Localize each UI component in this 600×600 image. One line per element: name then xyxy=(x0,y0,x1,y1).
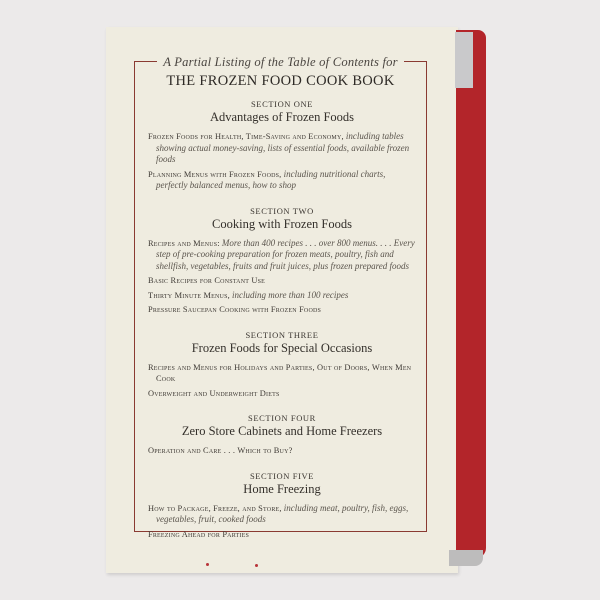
contents-entry: Recipes and Menus: More than 400 recipes… xyxy=(148,238,416,273)
contents-entry: Frozen Foods for Health, Time-Saving and… xyxy=(148,131,416,166)
contents-entry: Planning Menus with Frozen Foods, includ… xyxy=(148,169,416,192)
entry-heading: Thirty Minute Menus, xyxy=(148,291,230,300)
entry-heading: How to Package, Freeze, and Store, xyxy=(148,504,282,513)
cover-wear-mark xyxy=(255,564,258,567)
section-title: Advantages of Frozen Foods xyxy=(148,110,416,125)
section-title: Home Freezing xyxy=(148,482,416,497)
book-spine xyxy=(456,30,486,558)
cover-header-text: A Partial Listing of the Table of Conten… xyxy=(157,55,404,69)
contents-entry: Pressure Saucepan Cooking with Frozen Fo… xyxy=(148,304,416,316)
contents-entry: Recipes and Menus for Holidays and Parti… xyxy=(148,362,416,385)
entry-heading: Recipes and Menus: xyxy=(148,239,220,248)
section-title: Zero Store Cabinets and Home Freezers xyxy=(148,424,416,439)
section-label: SECTION TWO xyxy=(148,206,416,216)
contents-list: SECTION ONE Advantages of Frozen Foods F… xyxy=(148,99,416,554)
section-five: SECTION FIVE Home Freezing How to Packag… xyxy=(148,471,416,541)
section-label: SECTION THREE xyxy=(148,330,416,340)
entry-heading: Planning Menus with Frozen Foods, xyxy=(148,170,281,179)
contents-entry: Thirty Minute Menus, including more than… xyxy=(148,290,416,302)
entry-heading: Overweight and Underweight Diets xyxy=(148,389,279,398)
cover-wear-mark xyxy=(206,563,209,566)
section-title: Frozen Foods for Special Occasions xyxy=(148,341,416,356)
spine-bottom-worn-edge xyxy=(449,550,483,566)
entry-heading: Recipes and Menus for Holidays and Parti… xyxy=(148,363,411,384)
contents-entry: Overweight and Underweight Diets xyxy=(148,388,416,400)
section-label: SECTION ONE xyxy=(148,99,416,109)
entry-heading: Operation and Care . . . Which to Buy? xyxy=(148,446,293,455)
contents-entry: Operation and Care . . . Which to Buy? xyxy=(148,445,416,457)
section-two: SECTION TWO Cooking with Frozen Foods Re… xyxy=(148,206,416,316)
section-label: SECTION FOUR xyxy=(148,413,416,423)
entry-heading: Pressure Saucepan Cooking with Frozen Fo… xyxy=(148,305,321,314)
section-four: SECTION FOUR Zero Store Cabinets and Hom… xyxy=(148,413,416,457)
contents-entry: Freezing Ahead for Parties xyxy=(148,529,416,541)
section-three: SECTION THREE Frozen Foods for Special O… xyxy=(148,330,416,400)
entry-heading: Freezing Ahead for Parties xyxy=(148,530,249,539)
spine-top-worn-edge xyxy=(455,32,473,88)
entry-heading: Frozen Foods for Health, Time-Saving and… xyxy=(148,132,344,141)
book-title: THE FROZEN FOOD COOK BOOK xyxy=(134,73,427,90)
section-one: SECTION ONE Advantages of Frozen Foods F… xyxy=(148,99,416,192)
contents-entry: Basic Recipes for Constant Use xyxy=(148,275,416,287)
entry-heading: Basic Recipes for Constant Use xyxy=(148,276,265,285)
cover-header: A Partial Listing of the Table of Conten… xyxy=(134,53,427,71)
section-label: SECTION FIVE xyxy=(148,471,416,481)
section-title: Cooking with Frozen Foods xyxy=(148,217,416,232)
contents-entry: How to Package, Freeze, and Store, inclu… xyxy=(148,503,416,526)
entry-description: including more than 100 recipes xyxy=(232,290,348,300)
